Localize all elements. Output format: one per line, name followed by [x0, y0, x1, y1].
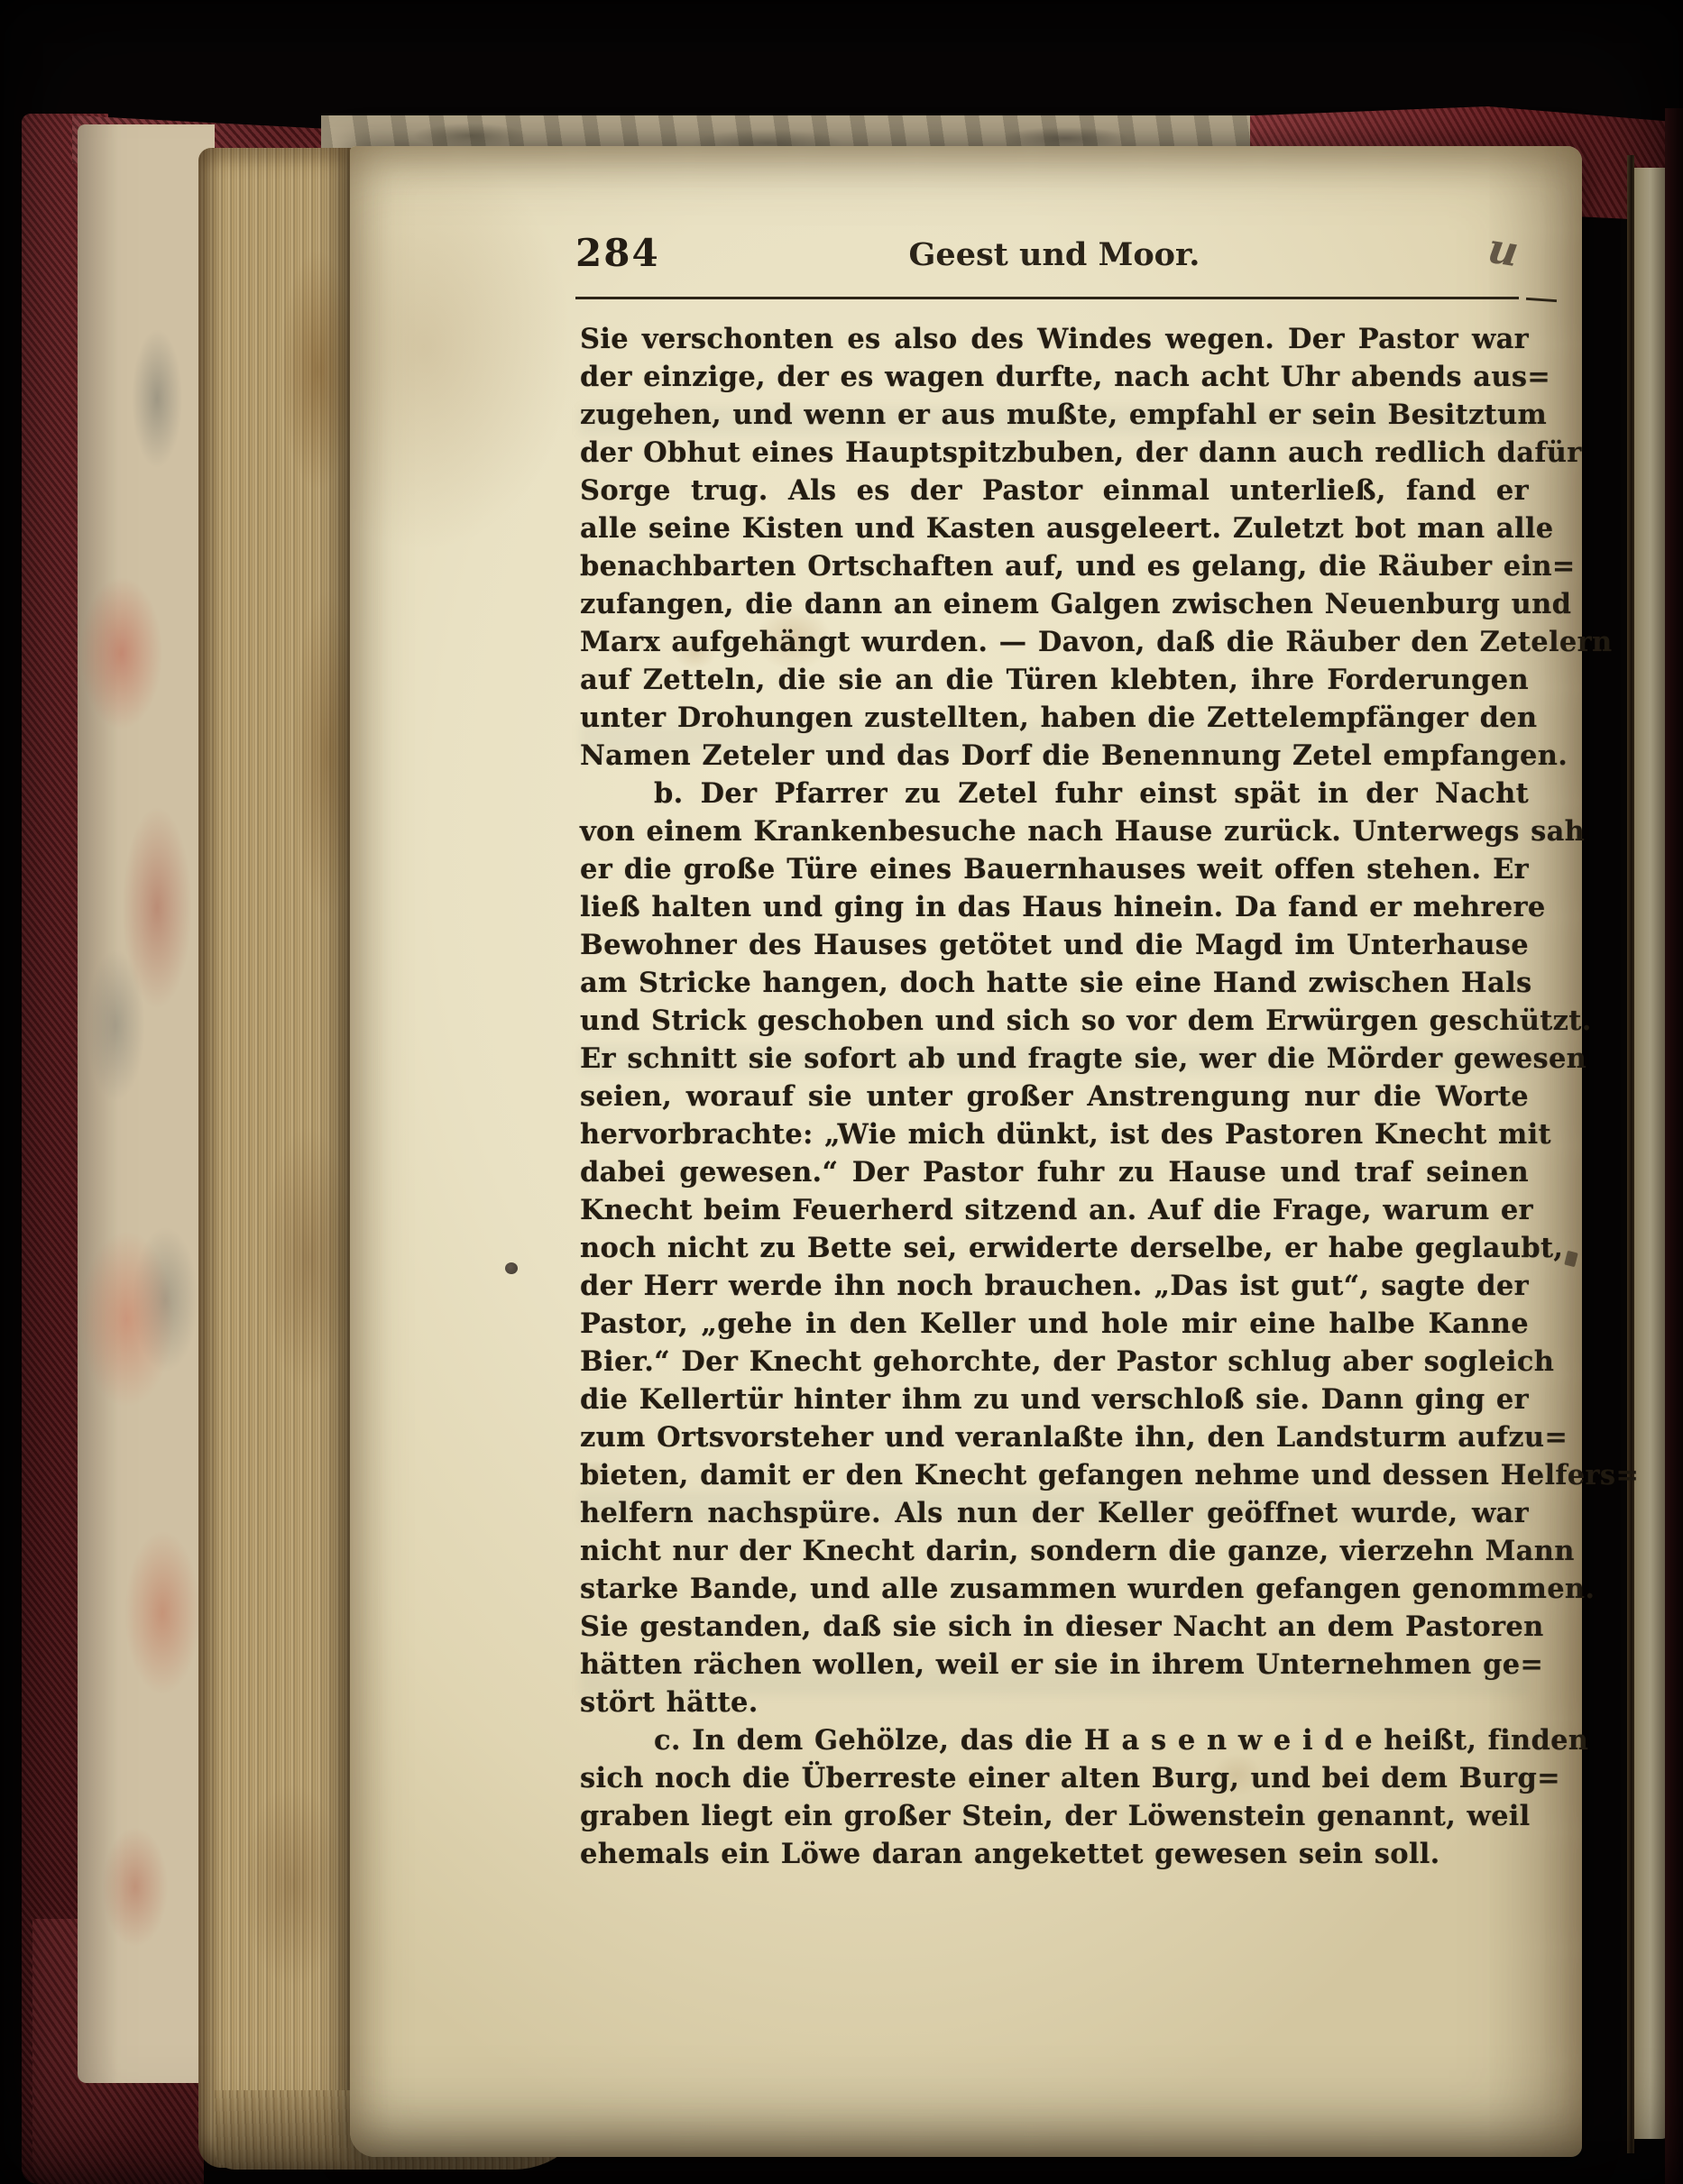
text-line: stört hätte.: [580, 1686, 1529, 1724]
text-line: Sorge trug. Als es der Pastor einmal unt…: [580, 474, 1529, 512]
text-line: graben liegt ein großer Stein, der Löwen…: [580, 1800, 1529, 1838]
text-line: hervorbrachte: „Wie mich dünkt, ist des …: [580, 1118, 1529, 1156]
text-line: benachbarten Ortschaften auf, und es gel…: [580, 550, 1529, 588]
text-line: der Herr werde ihn noch brauchen. „Das i…: [580, 1270, 1529, 1308]
text-line: sich noch die Überreste einer alten Burg…: [580, 1762, 1529, 1800]
text-line: helfern nachspüre. Als nun der Keller ge…: [580, 1497, 1529, 1535]
text-line: zum Ortsvorsteher und veranlaßte ihn, de…: [580, 1421, 1529, 1459]
edge-ink-speck: [1564, 1251, 1578, 1267]
text-line: auf Zetteln, die sie an die Türen klebte…: [580, 664, 1529, 702]
body-text: Sie verschonten es also des Windes wegen…: [580, 323, 1529, 1876]
text-line: Er schnitt sie sofort ab und fragte sie,…: [580, 1042, 1529, 1080]
text-line: ließ halten und ging in das Haus hinein.…: [580, 891, 1529, 929]
text-line: am Stricke hangen, doch hatte sie eine H…: [580, 967, 1529, 1005]
text-line: Namen Zeteler und das Dorf die Benennung…: [580, 739, 1529, 777]
text-line: der Obhut eines Hauptspitzbuben, der dan…: [580, 436, 1529, 474]
text-line: nicht nur der Knecht darin, sondern die …: [580, 1535, 1529, 1573]
header-rule-dash: [1526, 298, 1557, 302]
margin-dot-speck: [505, 1262, 518, 1274]
gutter-crease: [1627, 155, 1634, 2153]
text-line: Bier.“ Der Knecht gehorchte, der Pastor …: [580, 1345, 1529, 1383]
page-fore-edge-stack: [198, 148, 355, 2168]
text-line: starke Bande, und alle zusammen wurden g…: [580, 1573, 1529, 1610]
book-page: 284 Geest und Moor. u Sie verschonten es…: [350, 146, 1582, 2157]
text-line: bieten, damit er den Knecht gefangen neh…: [580, 1459, 1529, 1497]
text-line: und Strick geschoben und sich so vor dem…: [580, 1005, 1529, 1042]
text-line: die Kellertür hinter ihm zu und verschlo…: [580, 1383, 1529, 1421]
text-line: unter Drohungen zustellten, haben die Ze…: [580, 702, 1529, 739]
text-line: Marx aufgehängt wurden. — Davon, daß die…: [580, 626, 1529, 664]
text-line: noch nicht zu Bette sei, erwiderte derse…: [580, 1232, 1529, 1270]
text-line: dabei gewesen.“ Der Pastor fuhr zu Hause…: [580, 1156, 1529, 1194]
text-line: Pastor, „gehe in den Keller und hole mir…: [580, 1308, 1529, 1345]
text-line: er die große Türe eines Bauernhauses wei…: [580, 853, 1529, 891]
text-line: Sie verschonten es also des Windes wegen…: [580, 323, 1529, 361]
right-cover-edge: [1665, 108, 1683, 2184]
text-line: seien, worauf sie unter großer Anstrengu…: [580, 1080, 1529, 1118]
book-photo: 284 Geest und Moor. u Sie verschonten es…: [0, 0, 1683, 2184]
header-rule: [575, 297, 1519, 299]
text-line: ehemals ein Löwe daran angekettet gewese…: [580, 1838, 1529, 1876]
text-line: c. In dem Gehölze, das die H a s e n w e…: [580, 1724, 1529, 1762]
text-line: alle seine Kisten und Kasten ausgeleert.…: [580, 512, 1529, 550]
text-line: Sie gestanden, daß sie sich in dieser Na…: [580, 1610, 1529, 1648]
text-line: Bewohner des Hauses getötet und die Magd…: [580, 929, 1529, 967]
marbled-endpaper: [78, 124, 215, 2083]
text-line: Knecht beim Feuerherd sitzend an. Auf di…: [580, 1194, 1529, 1232]
text-line: hätten rächen wollen, weil er sie in ihr…: [580, 1648, 1529, 1686]
text-line: b. Der Pfarrer zu Zetel fuhr einst spät …: [580, 777, 1529, 815]
text-line: zugehen, und wenn er aus mußte, empfahl …: [580, 399, 1529, 436]
text-line: der einzige, der es wagen durfte, nach a…: [580, 361, 1529, 399]
text-line: von einem Krankenbesuche nach Hause zurü…: [580, 815, 1529, 853]
text-line: zufangen, die dann an einem Galgen zwisc…: [580, 588, 1529, 626]
running-header: Geest und Moor.: [580, 236, 1529, 273]
